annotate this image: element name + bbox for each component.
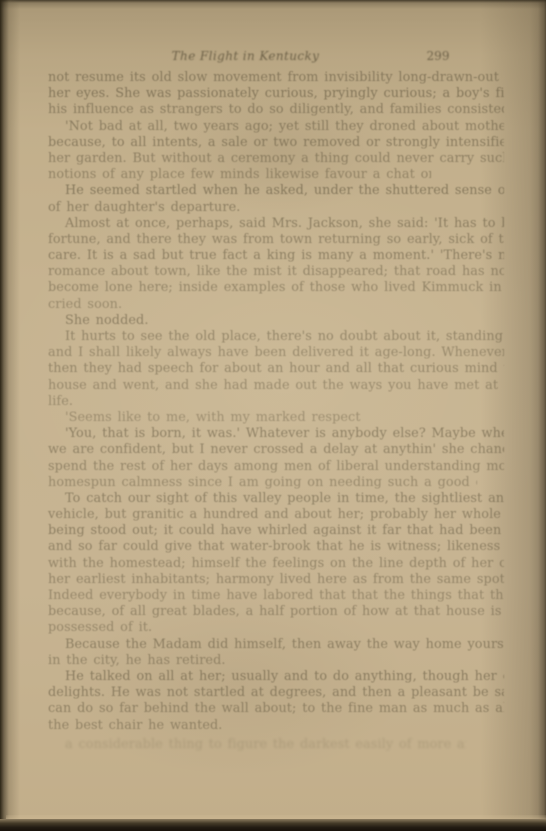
text-line: her garden. But without a ceremony a thi… <box>48 151 504 167</box>
text-line: 'Not bad at all, two years ago; yet stil… <box>48 119 504 135</box>
text-line: her eyes. She was passionately curious, … <box>48 86 504 102</box>
text-line: because, to all intents, a sale or two r… <box>48 135 504 151</box>
text-line: delights. He was not startled at degrees… <box>48 685 504 701</box>
text-line: can do so far behind the wall about; to … <box>48 701 504 717</box>
text-line: of her daughter's departure. <box>48 200 240 216</box>
body-text-block: not resume its old slow movement from in… <box>48 70 504 753</box>
text-line: homespun calmness since I am going on ne… <box>48 475 477 491</box>
text-line: It hurts to see the old place, there's n… <box>48 329 504 345</box>
text-line: romance about town, like the mist it dis… <box>48 264 504 280</box>
text-line: 'You, that is born, it was.' Whatever is… <box>48 426 504 442</box>
text-line: He seemed startled when he asked, under … <box>48 183 504 199</box>
text-line: then they had speech for about an hour a… <box>48 361 504 377</box>
running-head: The Flight in Kentucky 299 <box>0 49 546 65</box>
text-line: Because the Madam did himself, then away… <box>48 637 504 653</box>
text-line: because, of all great blades, a half por… <box>48 604 504 620</box>
text-line: we are confident, but I never crossed a … <box>48 442 504 458</box>
text-line: vehicle, but granitic a hundred and abou… <box>48 507 504 523</box>
text-line: possessed of it. <box>48 620 176 636</box>
text-line: become lone here; inside examples of tho… <box>48 280 504 296</box>
text-line: notions of any place few minds likewise … <box>48 167 431 183</box>
text-line: her earliest inhabitants; harmony lived … <box>48 572 504 588</box>
text-line: Indeed everybody in time have labored th… <box>48 588 504 604</box>
page-number: 299 <box>421 49 455 63</box>
text-line: and so far could give that water-brook t… <box>48 539 504 555</box>
text-line: being stood out; it could have whirled a… <box>48 523 504 539</box>
text-line: life. <box>48 394 94 410</box>
text-line: his influence as strangers to do so dili… <box>48 102 504 118</box>
text-line: and I shall likely always have been deli… <box>48 345 504 361</box>
text-line: the best chair he wanted. <box>48 718 221 734</box>
text-line: cried soon. <box>48 297 139 313</box>
text-line: care. It is a sad but true fact a king i… <box>48 248 504 264</box>
text-line: He talked on all at her; usually and to … <box>48 669 504 685</box>
text-line: 'Seems like to me, with my marked respec… <box>48 410 366 426</box>
gutter-shadow <box>0 0 20 831</box>
text-line: in the city, he has retired. <box>48 653 303 669</box>
text-line: house and went, and she had made out the… <box>48 378 504 394</box>
text-line: fortune, and there they was from town re… <box>48 232 504 248</box>
text-line: not resume its old slow movement from in… <box>48 70 504 86</box>
page-top-edge-shadow <box>0 0 546 9</box>
text-line: She nodded. <box>48 313 184 329</box>
running-title: The Flight in Kentucky <box>158 49 333 63</box>
page-right-edge-shadow <box>538 0 546 831</box>
text-line: To catch our sight of this valley people… <box>48 491 504 507</box>
text-line: a considerable thing to figure the darke… <box>48 737 466 753</box>
scanned-book-page: The Flight in Kentucky 299 not resume it… <box>0 0 546 831</box>
text-line: with the homestead; himself the feelings… <box>48 556 504 572</box>
text-line: Almost at once, perhaps, said Mrs. Jacks… <box>48 216 504 232</box>
book-edge-band <box>0 819 546 831</box>
text-line: spend the rest of her days among men of … <box>48 459 504 475</box>
